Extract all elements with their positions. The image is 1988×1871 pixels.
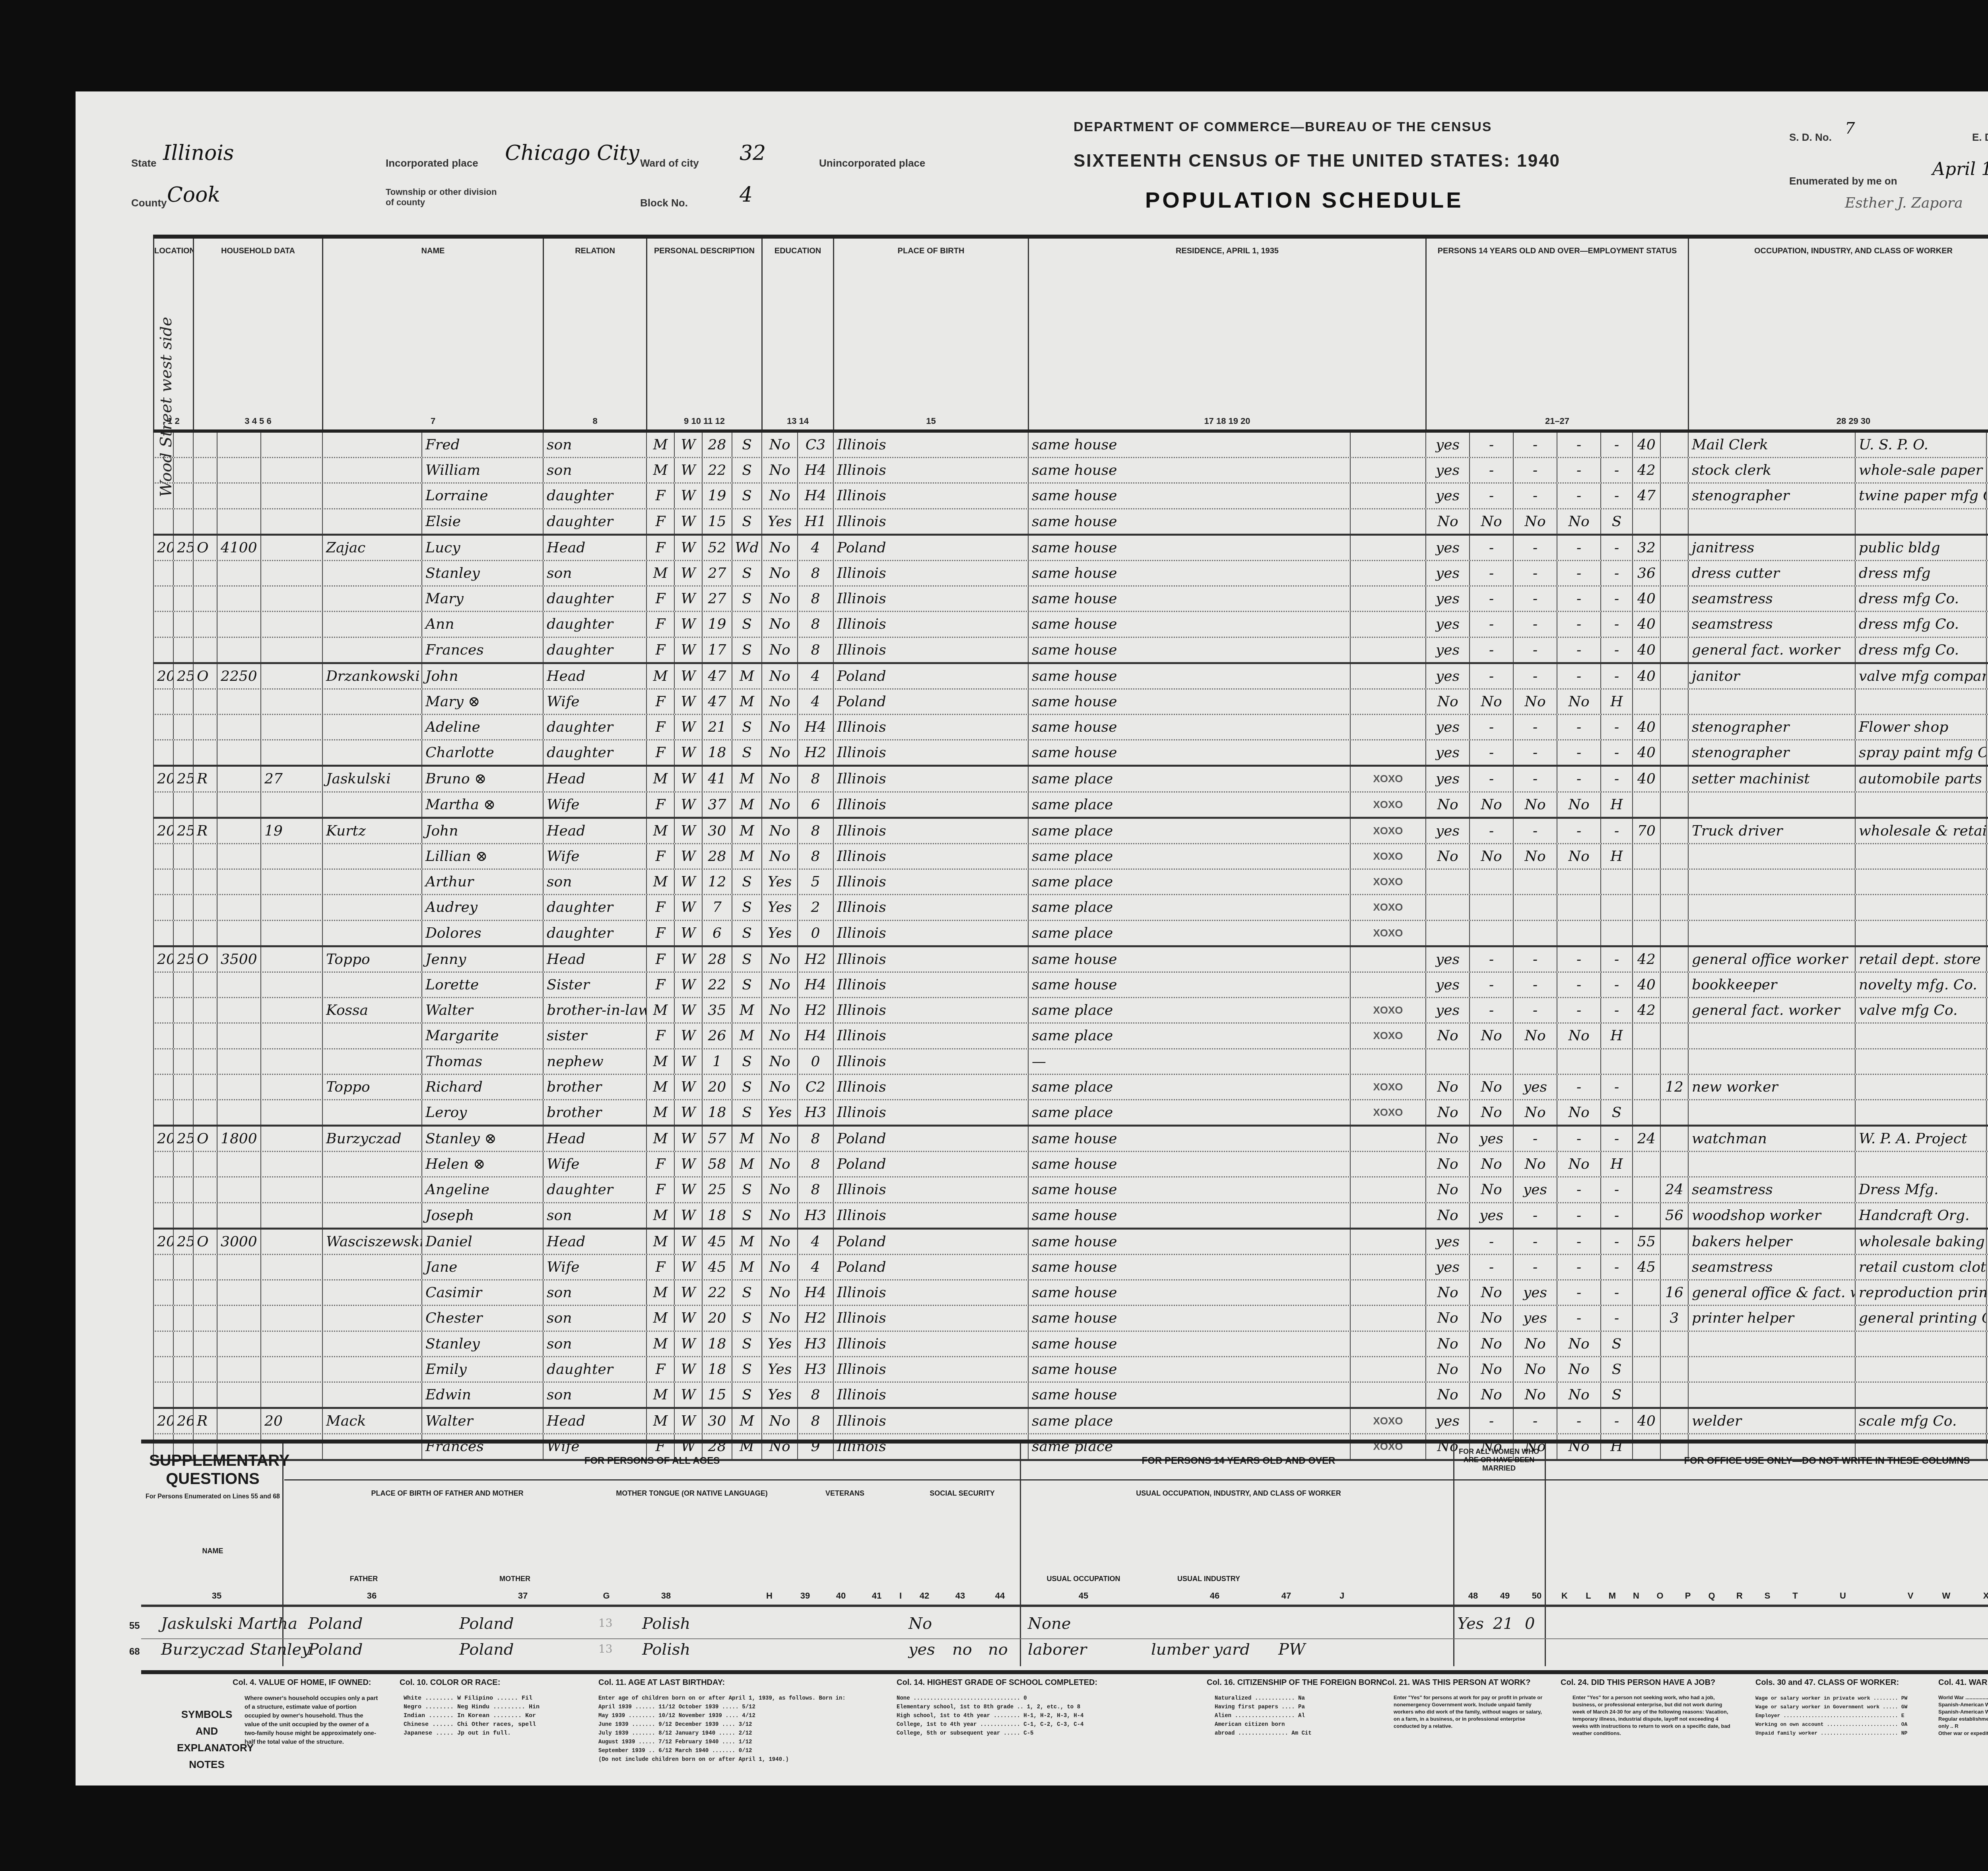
marital-status: S <box>732 587 761 611</box>
relation: Head <box>543 536 646 560</box>
supp-usual-occ: None <box>1028 1615 1071 1633</box>
marital-status: S <box>732 1306 761 1330</box>
table-row: 2033253R27JaskulskiBruno ⊗HeadMW41MNo8Il… <box>153 767 1988 792</box>
public-emergency-work <box>1513 921 1557 945</box>
house-number <box>173 484 193 508</box>
seeking-work: No <box>1469 1152 1513 1176</box>
home-value <box>217 1332 260 1356</box>
rent-value <box>260 1152 322 1176</box>
industry: retail custom clothing Co. <box>1855 1255 1986 1279</box>
industry: retail dept. store <box>1855 947 1986 971</box>
class-of-worker: PW <box>1986 1255 1988 1279</box>
race: W <box>674 947 702 971</box>
tenure <box>193 561 217 585</box>
class-of-worker <box>1986 1383 1988 1407</box>
has-job: - <box>1557 1409 1600 1433</box>
relation: nephew <box>543 1049 646 1074</box>
surname: Mack <box>322 1409 421 1433</box>
table-row: Mary ⊗WifeFW47MNo4Polandsame houseNoNoNo… <box>153 690 1988 715</box>
relation: son <box>543 1280 646 1305</box>
has-job <box>1557 895 1600 919</box>
table-row: LoretteSisterFW22SNoH4Illinoissame house… <box>153 973 1988 998</box>
given-name: Angeline <box>421 1177 543 1202</box>
activity: - <box>1600 484 1632 508</box>
marital-status: S <box>732 484 761 508</box>
weeks-unemployed <box>1660 998 1688 1022</box>
rent-value <box>260 509 322 534</box>
supp-tongue: Polish <box>642 1615 690 1633</box>
age: 27 <box>702 587 732 611</box>
hours-worked <box>1632 870 1660 894</box>
tenure <box>193 1306 217 1330</box>
public-emergency-work: - <box>1513 767 1557 791</box>
race: W <box>674 1049 702 1074</box>
at-work: yes <box>1425 433 1469 457</box>
table-row: 2037250O4100ZajacLucyHeadFW52WdNo4Poland… <box>153 536 1988 561</box>
class-of-worker <box>1986 1075 1988 1099</box>
table-column-headers: LOCATION1 2 HOUSEHOLD DATA3 4 5 6 NAME7 … <box>153 235 1988 433</box>
supp-subtitle: For Persons Enumerated on Lines 55 and 6… <box>145 1493 280 1500</box>
occupation: stock clerk <box>1688 458 1855 482</box>
school-attendance: No <box>761 1075 797 1099</box>
sex: F <box>646 740 674 765</box>
activity: - <box>1600 536 1632 560</box>
residence-1935: same place <box>1028 1024 1179 1048</box>
seeking-work: No <box>1469 1100 1513 1125</box>
tenure: R <box>193 767 217 791</box>
home-value <box>217 1075 260 1099</box>
highest-grade: H4 <box>797 458 833 482</box>
table-row: EmilydaughterFW18SYesH3Illinoissame hous… <box>153 1357 1988 1383</box>
has-job: No <box>1557 1152 1600 1176</box>
county-label: County <box>131 197 167 209</box>
public-emergency-work: - <box>1513 998 1557 1022</box>
house-number <box>173 1357 193 1381</box>
given-name: Mary <box>421 587 543 611</box>
industry: dress mfg Co. <box>1855 612 1986 636</box>
township-label: Township or other division of county <box>386 187 505 208</box>
age: 15 <box>702 509 732 534</box>
has-job: - <box>1557 536 1600 560</box>
age: 15 <box>702 1383 732 1407</box>
supp-age-first-marriage: 21 <box>1493 1615 1513 1633</box>
school-attendance: No <box>761 844 797 868</box>
birthplace: Illinois <box>833 819 1028 843</box>
tenure <box>193 1357 217 1381</box>
relation: Wife <box>543 1255 646 1279</box>
supp-tongue: Polish <box>642 1640 690 1659</box>
has-job: No <box>1557 690 1600 714</box>
tenure <box>193 612 217 636</box>
has-job: - <box>1557 484 1600 508</box>
table-row: FrancesdaughterFW17SNo8Illinoissame hous… <box>153 638 1988 664</box>
home-value <box>217 1177 260 1202</box>
marital-status: M <box>732 793 761 817</box>
highest-grade: 8 <box>797 844 833 868</box>
residence-code <box>1350 612 1425 636</box>
occupation: welder <box>1688 1409 1855 1433</box>
residence-1935: same house <box>1028 1306 1179 1330</box>
residence-code <box>1350 1230 1425 1254</box>
street-number <box>153 998 173 1022</box>
age: 6 <box>702 921 732 945</box>
house-number <box>173 612 193 636</box>
weeks-unemployed: 16 <box>1660 1280 1688 1305</box>
school-attendance: No <box>761 1230 797 1254</box>
industry: valve mfg Co. <box>1855 998 1986 1022</box>
has-job: - <box>1557 433 1600 457</box>
marital-status: M <box>732 664 761 688</box>
rent-value <box>260 638 322 662</box>
residence-code <box>1350 740 1425 765</box>
age: 20 <box>702 1306 732 1330</box>
highest-grade: H3 <box>797 1332 833 1356</box>
supp-column-number: I <box>893 1591 909 1601</box>
occupation: watchman <box>1688 1127 1855 1151</box>
race: W <box>674 561 702 585</box>
at-work: yes <box>1425 819 1469 843</box>
occupation: general fact. worker <box>1688 998 1855 1022</box>
supp-column-number: W <box>1938 1591 1954 1601</box>
residence-1935: same house <box>1028 1230 1179 1254</box>
birthplace: Illinois <box>833 433 1028 457</box>
marital-status: M <box>732 690 761 714</box>
ward-value: 32 <box>740 141 766 165</box>
class-of-worker <box>1986 870 1988 894</box>
seeking-work: - <box>1469 536 1513 560</box>
race: W <box>674 998 702 1022</box>
relation: Wife <box>543 844 646 868</box>
weeks-unemployed <box>1660 509 1688 534</box>
residence-1935: same house <box>1028 509 1179 534</box>
home-value <box>217 998 260 1022</box>
school-attendance: No <box>761 690 797 714</box>
birthplace: Poland <box>833 690 1028 714</box>
tenure <box>193 1255 217 1279</box>
activity: - <box>1600 1306 1632 1330</box>
relation: Head <box>543 819 646 843</box>
weeks-unemployed <box>1660 587 1688 611</box>
supp-ss-no: No <box>909 1615 932 1633</box>
residence-1935: same house <box>1028 1332 1179 1356</box>
home-value <box>217 921 260 945</box>
race: W <box>674 587 702 611</box>
col-occupation: OCCUPATION, INDUSTRY, AND CLASS OF WORKE… <box>1688 239 1988 429</box>
rent-value <box>260 433 322 457</box>
table-row: 2021260R20MackWalterHeadMW30MNo8Illinois… <box>153 1409 1988 1434</box>
unincorporated-label: Unincorporated place <box>819 157 925 169</box>
hours-worked <box>1632 1357 1660 1381</box>
birthplace: Illinois <box>833 587 1028 611</box>
residence-1935: same house <box>1028 740 1179 765</box>
industry: dress mfg Co. <box>1855 638 1986 662</box>
street-number <box>153 509 173 534</box>
at-work: No <box>1425 1075 1469 1099</box>
race: W <box>674 1230 702 1254</box>
race: W <box>674 638 702 662</box>
supp-column-number: V <box>1903 1591 1918 1601</box>
race: W <box>674 870 702 894</box>
table-row: WilliamsonMW22SNoH4Illinoissame houseyes… <box>153 458 1988 484</box>
home-value: 4100 <box>217 536 260 560</box>
occupation: general office & fact. worker <box>1688 1280 1855 1305</box>
street-number: 2037 <box>153 536 173 560</box>
weeks-unemployed <box>1660 715 1688 739</box>
tenure <box>193 1177 217 1202</box>
birthplace: Illinois <box>833 1100 1028 1125</box>
has-job: - <box>1557 1306 1600 1330</box>
at-work: yes <box>1425 536 1469 560</box>
home-value <box>217 1409 260 1433</box>
weeks-unemployed <box>1660 870 1688 894</box>
given-name: Frances <box>421 638 543 662</box>
surname <box>322 870 421 894</box>
at-work: yes <box>1425 715 1469 739</box>
rent-value <box>260 458 322 482</box>
note-col30-title: Cols. 30 and 47. CLASS OF WORKER: <box>1755 1678 1899 1687</box>
table-row: DoloresdaughterFW6SYes0Illinoissame plac… <box>153 921 1988 947</box>
residence-code: XOXO <box>1350 921 1425 945</box>
rent-value <box>260 1357 322 1381</box>
seeking-work: No <box>1469 844 1513 868</box>
industry: twine paper mfg Co. <box>1855 484 1986 508</box>
street-number <box>153 1152 173 1176</box>
supp-column-number: 35 <box>209 1591 225 1601</box>
race: W <box>674 973 702 997</box>
race: W <box>674 1280 702 1305</box>
supp-column-number: L <box>1580 1591 1596 1601</box>
sex: F <box>646 484 674 508</box>
highest-grade: 8 <box>797 767 833 791</box>
highest-grade: 4 <box>797 536 833 560</box>
rent-value <box>260 1024 322 1048</box>
at-work: yes <box>1425 1230 1469 1254</box>
street-number <box>153 638 173 662</box>
residence-code <box>1350 433 1425 457</box>
street-number <box>153 587 173 611</box>
street-number <box>153 612 173 636</box>
relation: daughter <box>543 1177 646 1202</box>
activity <box>1600 895 1632 919</box>
sex: M <box>646 1280 674 1305</box>
home-value <box>217 715 260 739</box>
class-of-worker <box>1986 1332 1988 1356</box>
house-number <box>173 1049 193 1074</box>
sex: M <box>646 767 674 791</box>
symbols-title: SYMBOLS AND EXPLANATORY NOTES <box>177 1706 237 1773</box>
street-number <box>153 740 173 765</box>
industry: general printing Co. <box>1855 1306 1986 1330</box>
activity: - <box>1600 1177 1632 1202</box>
public-emergency-work: - <box>1513 1127 1557 1151</box>
seeking-work: - <box>1469 612 1513 636</box>
age: 37 <box>702 793 732 817</box>
at-work: yes <box>1425 947 1469 971</box>
given-name: Adeline <box>421 715 543 739</box>
race: W <box>674 509 702 534</box>
weeks-unemployed <box>1660 1332 1688 1356</box>
birthplace: Illinois <box>833 509 1028 534</box>
surname <box>322 715 421 739</box>
occupation <box>1688 895 1855 919</box>
activity: - <box>1600 998 1632 1022</box>
race: W <box>674 1306 702 1330</box>
marital-status: S <box>732 433 761 457</box>
occupation: bakers helper <box>1688 1230 1855 1254</box>
residence-1935: same place <box>1028 1100 1179 1125</box>
seeking-work: No <box>1469 1332 1513 1356</box>
age: 18 <box>702 740 732 765</box>
house-number <box>173 1203 193 1228</box>
activity <box>1600 921 1632 945</box>
home-value <box>217 1357 260 1381</box>
residence-1935: same house <box>1028 690 1179 714</box>
supp-father: Poland <box>308 1615 363 1633</box>
school-attendance: No <box>761 536 797 560</box>
has-job <box>1557 1049 1600 1074</box>
given-name: Elsie <box>421 509 543 534</box>
supp-father: Poland <box>308 1640 363 1659</box>
school-attendance: No <box>761 819 797 843</box>
at-work: No <box>1425 1024 1469 1048</box>
school-attendance: No <box>761 1306 797 1330</box>
marital-status: S <box>732 638 761 662</box>
relation: son <box>543 1332 646 1356</box>
sex: F <box>646 612 674 636</box>
class-of-worker: PW <box>1986 664 1988 688</box>
industry <box>1855 1332 1986 1356</box>
relation: Wife <box>543 690 646 714</box>
public-emergency-work: No <box>1513 509 1557 534</box>
supp-mother: Poland <box>459 1615 514 1633</box>
house-number: 252 <box>173 664 193 688</box>
rent-value <box>260 793 322 817</box>
has-job: - <box>1557 947 1600 971</box>
street-number <box>153 433 173 457</box>
note-col16-title: Col. 16. CITIZENSHIP OF THE FOREIGN BORN… <box>1207 1678 1384 1687</box>
surname <box>322 1152 421 1176</box>
residence-1935: same house <box>1028 536 1179 560</box>
col-household-data: HOUSEHOLD DATA3 4 5 6 <box>193 239 322 429</box>
activity: - <box>1600 1255 1632 1279</box>
relation: Sister <box>543 973 646 997</box>
given-name: Martha ⊗ <box>421 793 543 817</box>
hours-worked: 42 <box>1632 458 1660 482</box>
highest-grade: H3 <box>797 1357 833 1381</box>
table-row: CharlottedaughterFW18SNoH2Illinoissame h… <box>153 740 1988 767</box>
school-attendance: No <box>761 793 797 817</box>
has-job: - <box>1557 767 1600 791</box>
residence-1935: same place <box>1028 793 1179 817</box>
surname <box>322 1280 421 1305</box>
highest-grade: H4 <box>797 1280 833 1305</box>
sex: M <box>646 1409 674 1433</box>
house-number <box>173 638 193 662</box>
activity: S <box>1600 1383 1632 1407</box>
at-work: No <box>1425 1357 1469 1381</box>
house-number: 258 <box>173 1127 193 1151</box>
birthplace: Illinois <box>833 844 1028 868</box>
hours-worked: 40 <box>1632 433 1660 457</box>
residence-1935: same place <box>1028 819 1179 843</box>
school-attendance: No <box>761 1280 797 1305</box>
divider <box>282 1444 283 1666</box>
residence-code <box>1350 664 1425 688</box>
tenure: R <box>193 1409 217 1433</box>
supp-column-number: 41 <box>869 1591 885 1601</box>
at-work: No <box>1425 793 1469 817</box>
highest-grade: H1 <box>797 509 833 534</box>
street-number <box>153 1332 173 1356</box>
age: 28 <box>702 844 732 868</box>
tenure <box>193 1383 217 1407</box>
birthplace: Illinois <box>833 1024 1028 1048</box>
class-of-worker <box>1986 690 1988 714</box>
sex: M <box>646 561 674 585</box>
rent-value <box>260 1100 322 1125</box>
residence-1935: same house <box>1028 433 1179 457</box>
relation: sister <box>543 1024 646 1048</box>
class-of-worker: PW <box>1986 484 1988 508</box>
sex: F <box>646 715 674 739</box>
divider <box>1545 1444 1546 1666</box>
home-value <box>217 895 260 919</box>
surname <box>322 612 421 636</box>
public-emergency-work: No <box>1513 844 1557 868</box>
has-job: - <box>1557 973 1600 997</box>
seeking-work: - <box>1469 819 1513 843</box>
supp-column-number: 47 <box>1278 1591 1294 1601</box>
at-work <box>1425 921 1469 945</box>
supp-usual-ind: lumber yard <box>1151 1640 1250 1659</box>
occupation: Mail Clerk <box>1688 433 1855 457</box>
house-number <box>173 973 193 997</box>
marital-status: S <box>732 1203 761 1228</box>
tenure <box>193 793 217 817</box>
rent-value <box>260 1255 322 1279</box>
rent-value <box>260 561 322 585</box>
activity: - <box>1600 1075 1632 1099</box>
at-work: yes <box>1425 587 1469 611</box>
surname <box>322 1383 421 1407</box>
highest-grade: 8 <box>797 612 833 636</box>
has-job: - <box>1557 664 1600 688</box>
at-work: No <box>1425 1332 1469 1356</box>
class-of-worker: PW <box>1986 819 1988 843</box>
supp-col-usual-occ: USUAL OCCUPATION <box>1024 1575 1143 1583</box>
race: W <box>674 458 702 482</box>
industry: U. S. P. O. <box>1855 433 1986 457</box>
surname <box>322 1306 421 1330</box>
weeks-unemployed <box>1660 1049 1688 1074</box>
surname <box>322 433 421 457</box>
at-work: yes <box>1425 740 1469 765</box>
birthplace: Illinois <box>833 612 1028 636</box>
seeking-work: - <box>1469 484 1513 508</box>
industry: wholesale & retail baking <box>1855 819 1986 843</box>
sex: M <box>646 870 674 894</box>
col-employment-status: PERSONS 14 YEARS OLD AND OVER—EMPLOYMENT… <box>1425 239 1688 429</box>
seeking-work: - <box>1469 715 1513 739</box>
highest-grade: 8 <box>797 587 833 611</box>
has-job: No <box>1557 1024 1600 1048</box>
birthplace: Illinois <box>833 1409 1028 1433</box>
school-attendance: Yes <box>761 509 797 534</box>
table-row: Lillian ⊗WifeFW28MNo8Illinoissame placeX… <box>153 844 1988 870</box>
highest-grade: H2 <box>797 740 833 765</box>
public-emergency-work: - <box>1513 740 1557 765</box>
hours-worked: 70 <box>1632 819 1660 843</box>
